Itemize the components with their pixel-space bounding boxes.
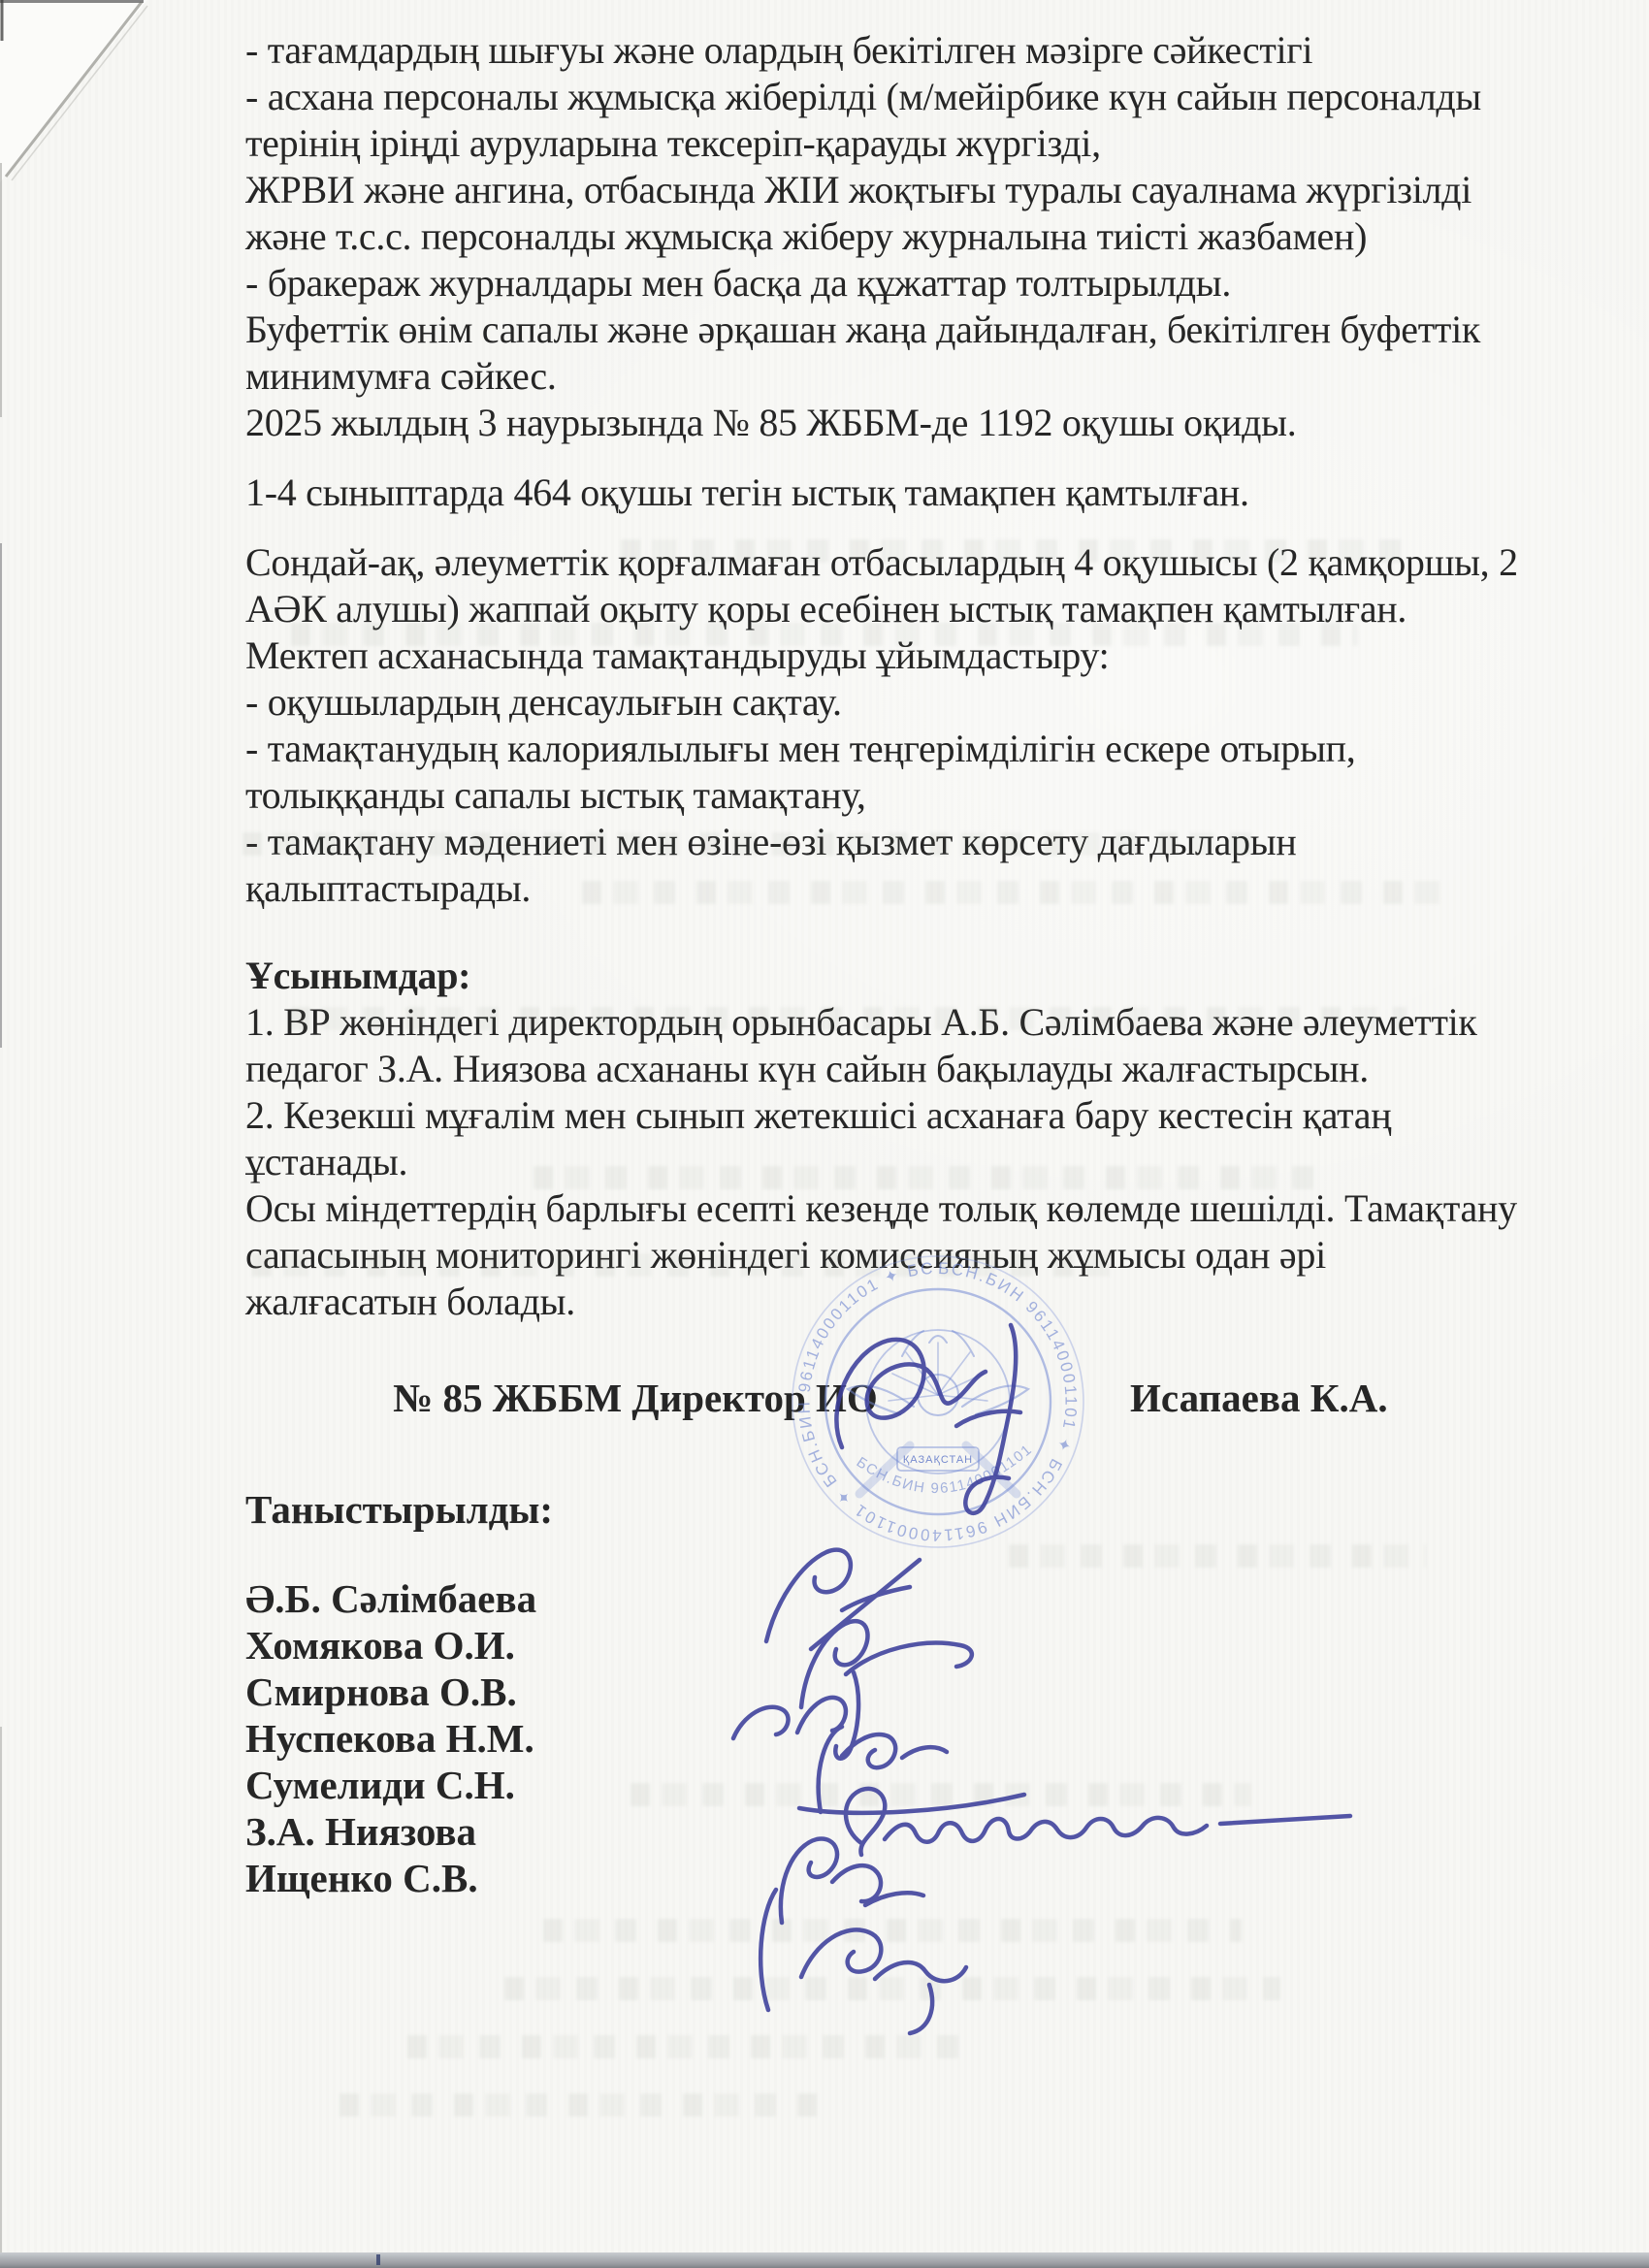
bleed-through-artifact [339,2093,824,2117]
scan-bottom-edge [0,2252,1649,2268]
acknowledgement-name: Сумелиди С.Н. [245,1762,536,1808]
acknowledgement-name: Нуспекова Н.М. [245,1715,536,1762]
signature-nuspekova [799,1727,1024,1813]
text-line: - асхана персоналы жұмысқа жіберілді (м/… [245,74,1536,120]
text-line: Сондай-ақ, әлеуметтік қорғалмаған отбасы… [245,539,1536,586]
text-line: Буфеттік өнім сапалы және әрқашан жаңа д… [245,307,1536,353]
text-line: қалыптастырады. [245,865,1536,912]
ink-speck [376,2254,380,2265]
paragraph: Сондай-ақ, әлеуметтік қорғалмаған отбасы… [245,539,1536,912]
acknowledgement-name-list: Ә.Б. Сәлімбаева Хомякова О.И. Смирнова О… [245,1575,536,1901]
text-line: - тамақтану мәдениеті мен өзіне-өзі қызм… [245,819,1536,865]
text-line: минимумға сәйкес. [245,353,1536,400]
text-line: педагог З.А. Ниязова асхананы күн сайын … [245,1046,1536,1092]
text-line: терінің іріңді ауруларына тексеріп-қарау… [245,120,1536,167]
paragraph: 1. ВР жөніндегі директордың орынбасары А… [245,999,1536,1325]
director-name: Исапаева К.А. [1130,1374,1388,1422]
signature-smirnova [733,1672,858,1759]
recommendations-heading: Ұсынымдар: [245,953,1536,999]
bleed-through-artifact [407,2035,970,2058]
signature-niyazova [781,1839,923,1923]
stamp-arc-text: БСН.БИН 961140001101 [854,1441,1036,1497]
text-line: - тағамдардың шығуы және олардың бекітіл… [245,27,1536,74]
text-line: 2. Кезекші мұғалім мен сынып жетекшісі а… [245,1092,1536,1139]
text-line: - бракераж журналдары мен басқа да құжат… [245,260,1536,307]
text-line: Мектеп асханасында тамақтандыруды ұйымда… [245,632,1536,679]
scanned-document-page: - тағамдардың шығуы және олардың бекітіл… [0,0,1649,2268]
text-line: 1. ВР жөніндегі директордың орынбасары А… [245,999,1536,1046]
text-line: АӘК алушы) жаппай оқыту қоры есебінен ыс… [245,586,1536,632]
signature-khomyakova [801,1621,972,1707]
text-line: және т.с.с. персоналды жұмысқа жіберу жу… [245,213,1536,260]
text-line: - тамақтанудың калориялылығы мен теңгері… [245,726,1536,772]
bleed-through-artifact [504,1977,1280,2000]
bleed-through-artifact [543,1919,1242,1942]
text-line: 1-4 сыныптарда 464 оқушы тегін ыстық там… [245,470,1536,516]
acknowledgement-name: Хомякова О.И. [245,1622,536,1669]
director-title: № 85 ЖББМ Директор ИО [393,1376,878,1420]
text-line: жалғасатын болады. [245,1279,1536,1325]
stamp-banner-text: ҚАЗАҚСТАН [903,1454,973,1466]
text-line: ұстанады. [245,1139,1536,1185]
bleed-through-artifact [1009,1544,1426,1568]
text-line: ЖРВИ және ангина, отбасында ЖІИ жоқтығы … [245,167,1536,213]
acknowledgement-name: Ищенко С.В. [245,1855,536,1901]
svg-text:БСН.БИН 961140001101: БСН.БИН 961140001101 [854,1441,1036,1497]
acknowledgement-heading: Таныстырылды: [245,1486,553,1533]
page-corner-fold [0,0,147,182]
signature-ishchenko [760,1890,966,2033]
acknowledgement-name: З.А. Ниязова [245,1808,536,1855]
text-line: - оқушылардың денсаулығын сақтау. [245,679,1536,726]
bleed-through-artifact [630,1783,1251,1806]
signature-salimbayeva [766,1550,920,1649]
document-body: - тағамдардың шығуы және олардың бекітіл… [245,27,1536,1325]
signature-sumelidi [846,1789,1350,1855]
acknowledgement-name: Смирнова О.В. [245,1669,536,1715]
text-line: толыққанды сапалы ыстық тамақтану, [245,772,1536,819]
text-line: сапасының мониторингі жөніндегі комиссия… [245,1232,1536,1279]
acknowledgement-name: Ә.Б. Сәлімбаева [245,1575,536,1622]
director-signature-row: № 85 ЖББМ Директор ИО Исапаева К.А. [245,1374,1536,1422]
text-line: Осы міндеттердің барлығы есепті кезеңде … [245,1185,1536,1232]
scan-edge-artifacts [0,0,147,2260]
text-line: 2025 жылдың 3 наурызында № 85 ЖББМ-де 11… [245,400,1536,446]
